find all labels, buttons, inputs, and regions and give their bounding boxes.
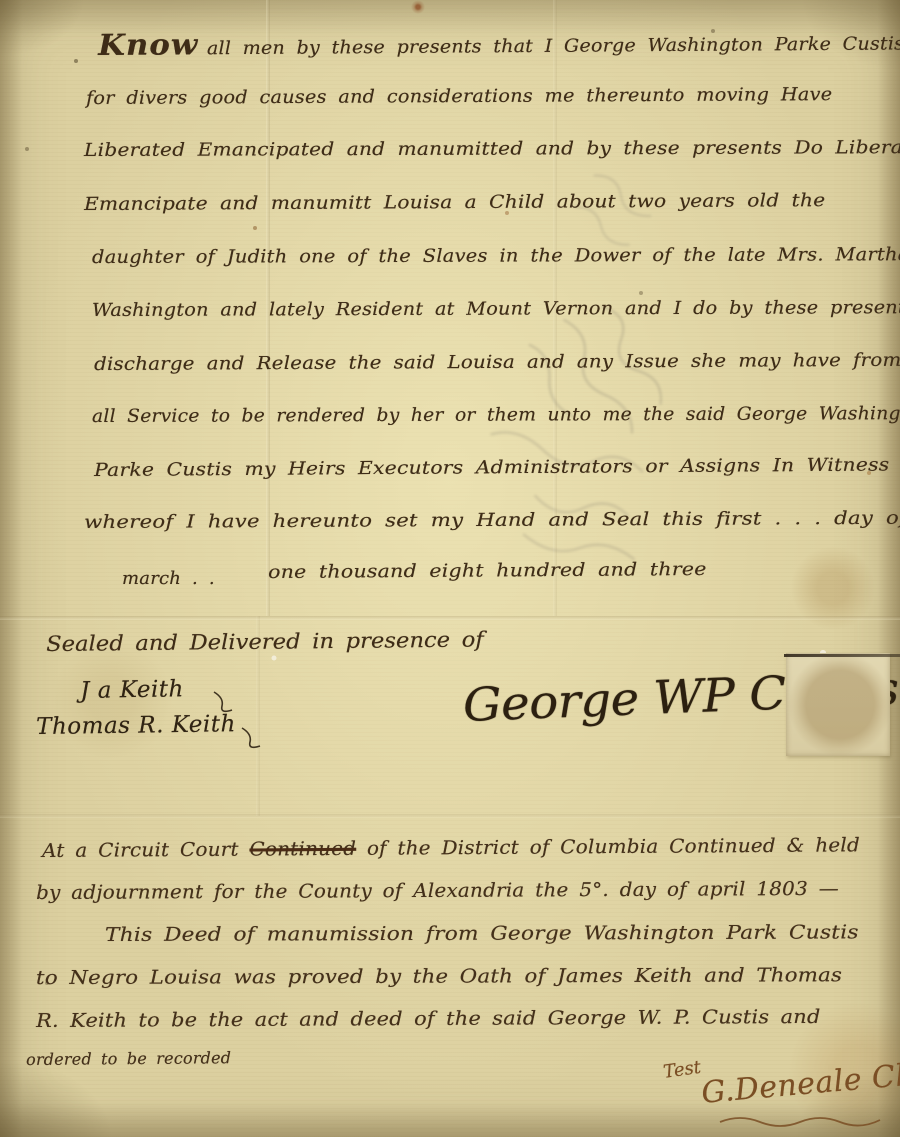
deed-text-line-10: whereof I have hereunto set my Hand and …	[84, 508, 900, 533]
deed-text-line-5: daughter of Judith one of the Slaves in …	[92, 244, 900, 268]
deed-line-text: all men by these presents that I George …	[207, 33, 900, 59]
court-line-6: ordered to be recorded	[26, 1048, 231, 1069]
horizontal-fold-crease	[0, 616, 900, 620]
manumission-deed-scan: Knowall men by these presents that I Geo…	[0, 0, 900, 1137]
seal-top-edge-line	[784, 654, 900, 657]
clerk-signature-flourish	[716, 1114, 886, 1130]
deed-date-year: one thousand eight hundred and three	[268, 559, 707, 583]
deed-text-line-2: for divers good causes and consideration…	[86, 84, 832, 109]
court-line-1: At a Circuit Court Continued of the Dist…	[42, 834, 860, 862]
court-line-1-post: of the District of Columbia Continued & …	[356, 834, 860, 860]
paper-wafer-seal	[786, 653, 890, 756]
opening-word: Know	[98, 27, 199, 62]
ink-bleed-ghost	[545, 152, 695, 298]
pen-flourish	[210, 688, 238, 714]
court-line-1-pre: At a Circuit Court	[42, 839, 250, 862]
court-line-4: to Negro Louisa was proved by the Oath o…	[36, 964, 842, 989]
horizontal-fold-crease	[0, 814, 900, 818]
struck-word: Continued	[249, 838, 356, 861]
witness-signature-james-keith: J a Keith	[80, 676, 184, 704]
clerk-attest-word: Test	[662, 1057, 702, 1083]
pen-flourish	[238, 724, 266, 750]
deed-text-line-7: discharge and Release the said Louisa an…	[94, 350, 900, 375]
attestation-heading: Sealed and Delivered in presence of	[46, 627, 484, 656]
court-line-2: by adjournment for the County of Alexand…	[36, 878, 839, 904]
deed-text-line-4: Emancipate and manumitt Louisa a Child a…	[84, 190, 825, 215]
court-line-5: R. Keith to be the act and deed of the s…	[36, 1006, 821, 1032]
deed-text-line-3: Liberated Emancipated and manumitted and…	[84, 137, 900, 161]
deed-text-line-9: Parke Custis my Heirs Executors Administ…	[94, 454, 890, 481]
deed-date-month: march . .	[122, 568, 215, 589]
witness-signature-thomas-keith: Thomas R. Keith	[36, 711, 236, 740]
court-line-3: This Deed of manumission from George Was…	[105, 921, 859, 946]
paper-specks	[0, 0, 2, 2]
clerk-signature: G.Deneale Cl	[700, 1058, 900, 1111]
deed-text-line-1: Knowall men by these presents that I Geo…	[98, 22, 900, 62]
deed-text-line-8: all Service to be rendered by her or the…	[92, 403, 900, 427]
deed-text-line-6: Washington and lately Resident at Mount …	[92, 297, 900, 321]
